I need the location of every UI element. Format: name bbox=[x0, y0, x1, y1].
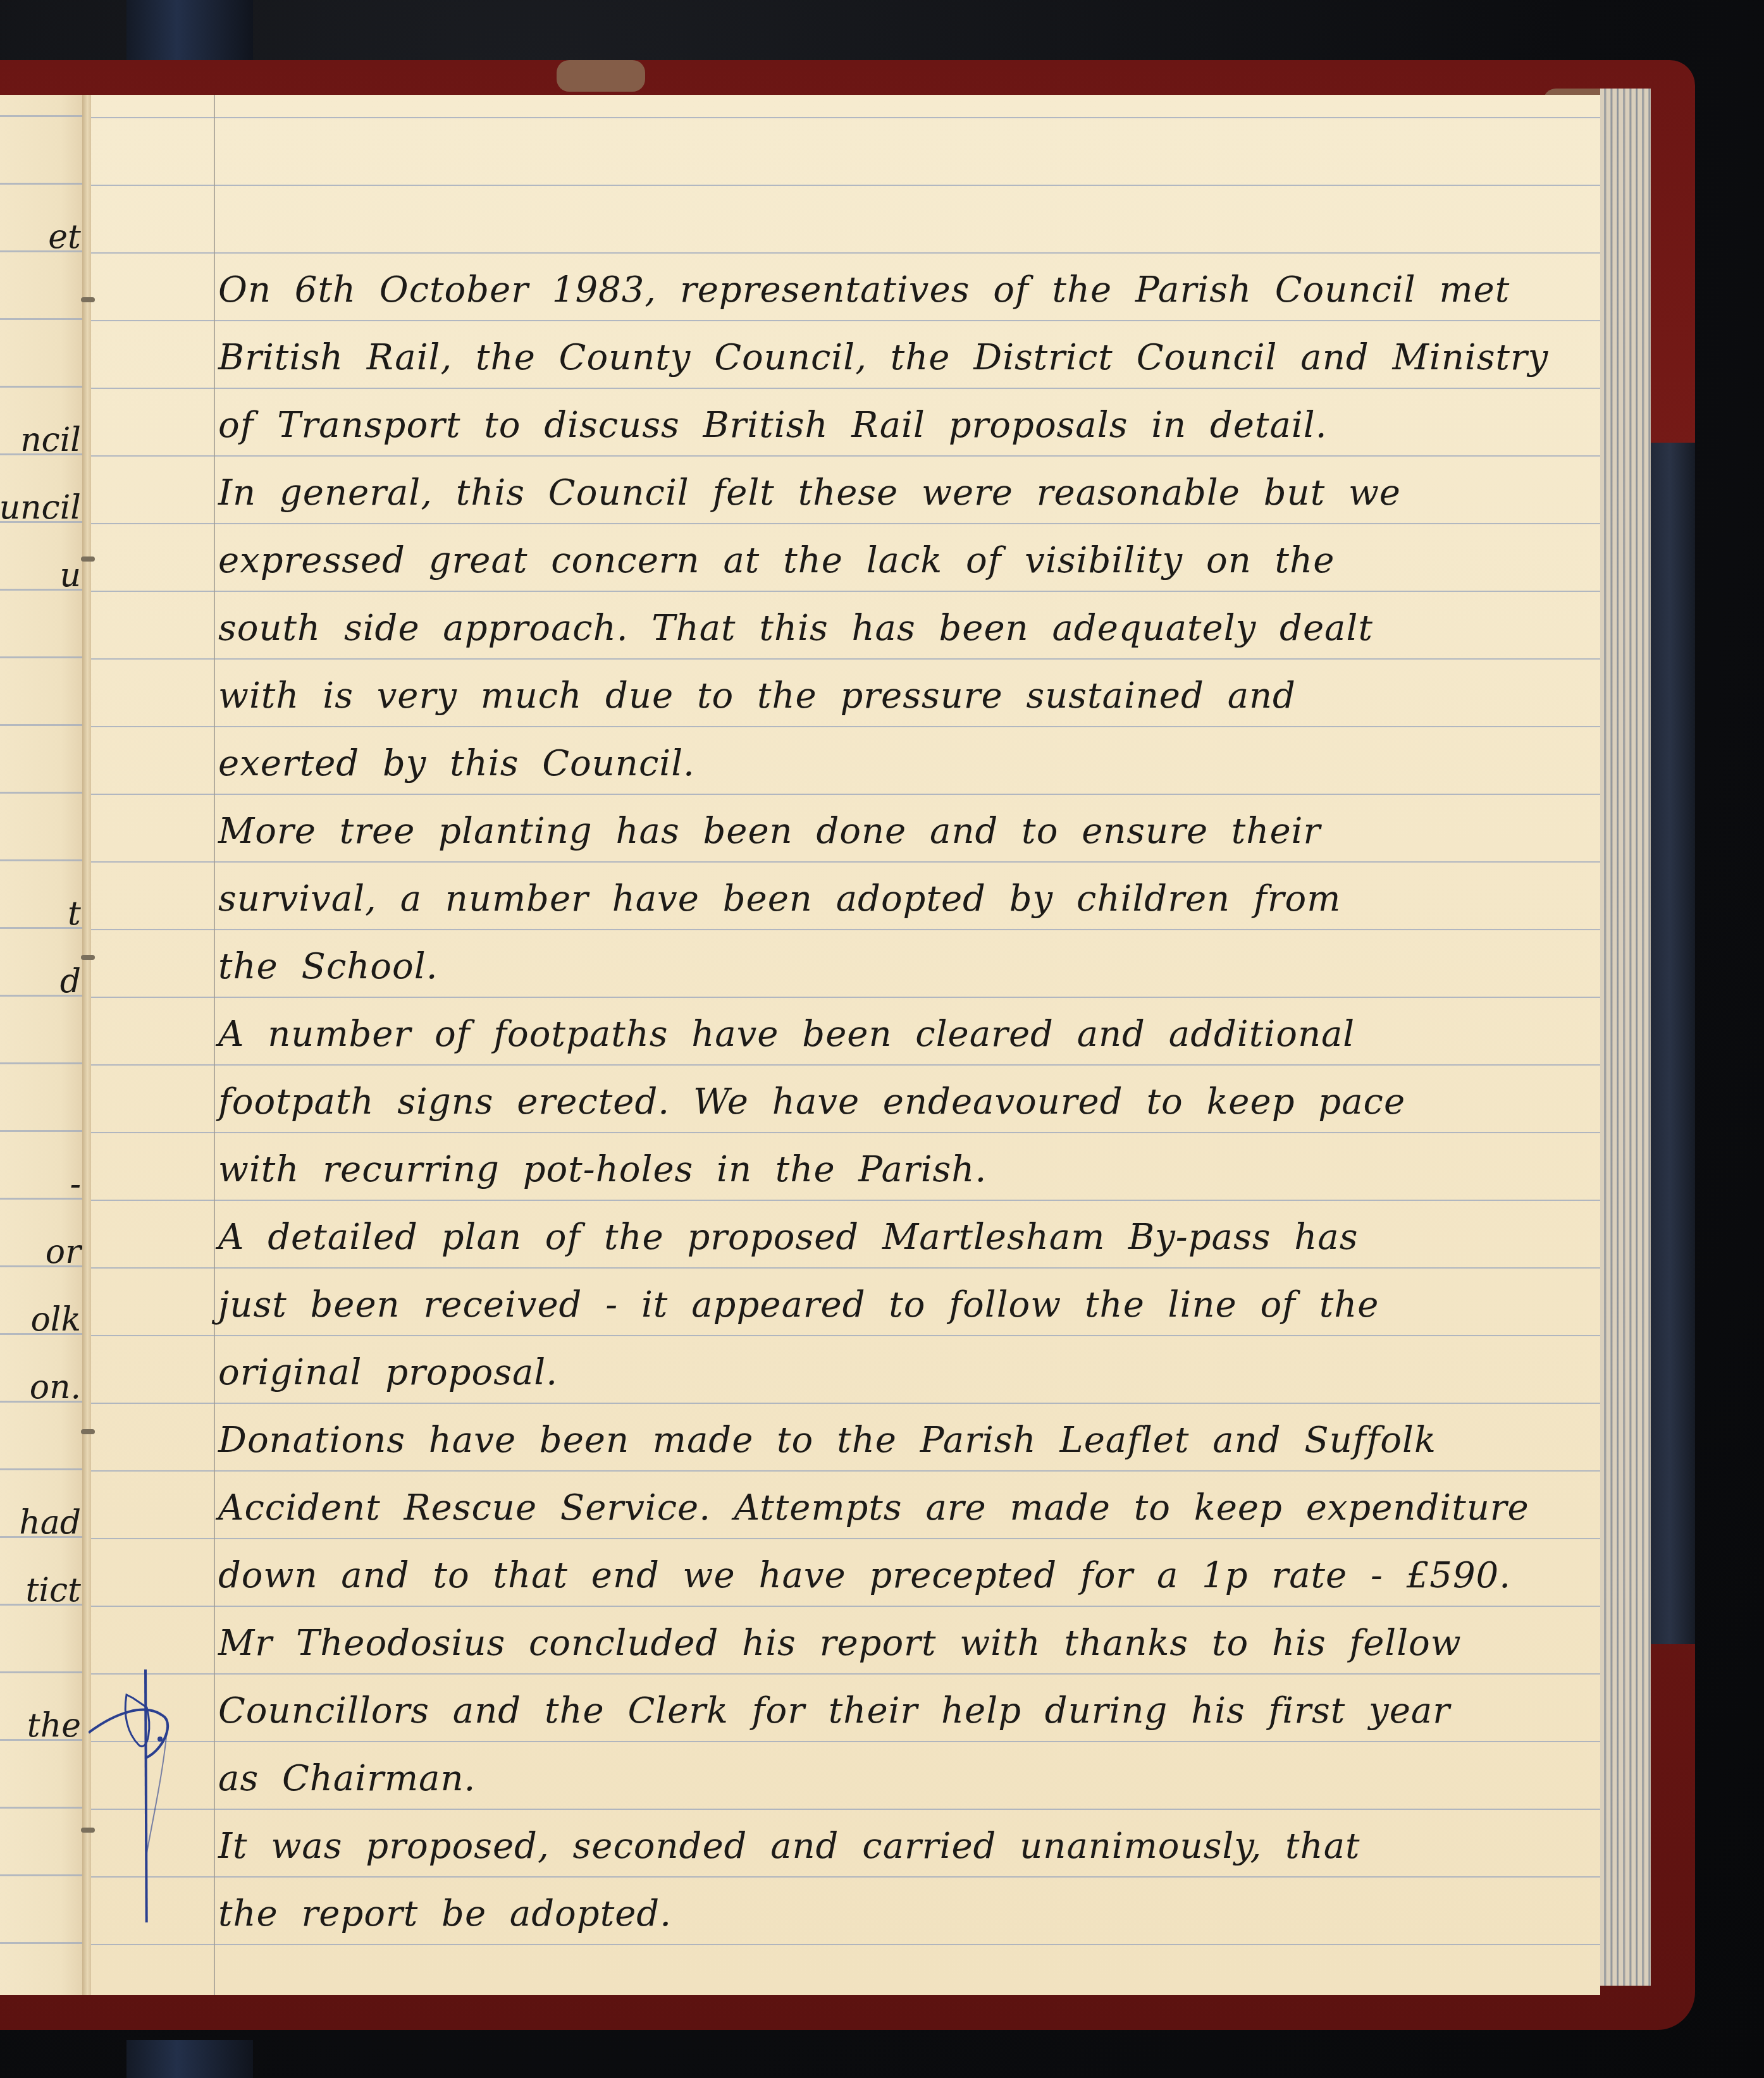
binding-stitch bbox=[81, 556, 95, 562]
handwritten-line: with is very much due to the pressure su… bbox=[218, 662, 1584, 730]
handwritten-line: Accident Rescue Service. Attempts are ma… bbox=[218, 1474, 1584, 1542]
handwritten-line: Donations have been made to the Parish L… bbox=[218, 1406, 1584, 1474]
left-page-fragment: t bbox=[68, 895, 81, 933]
handwritten-line: Mr Theodosius concluded his report with … bbox=[218, 1609, 1584, 1677]
binding-stitch bbox=[81, 297, 95, 302]
handwritten-line: of Transport to discuss British Rail pro… bbox=[218, 391, 1584, 459]
left-page-fragment: ncil bbox=[20, 421, 81, 459]
handwritten-line: In general, this Council felt these were… bbox=[218, 459, 1584, 527]
left-page-fragment: on. bbox=[30, 1368, 81, 1406]
left-page-fragment: olk bbox=[31, 1301, 81, 1339]
handwritten-line: More tree planting has been done and to … bbox=[218, 797, 1584, 865]
handwritten-line: exerted by this Council. bbox=[218, 730, 1584, 797]
handwritten-line: just been received - it appeared to foll… bbox=[218, 1271, 1584, 1339]
left-page-fragment: - bbox=[70, 1165, 81, 1203]
binding-stitch bbox=[81, 955, 95, 960]
right-page: On 6th October 1983, representatives of … bbox=[89, 95, 1600, 1995]
page-fore-edge bbox=[1600, 89, 1651, 1986]
left-page-fragment: tict bbox=[25, 1571, 81, 1609]
handwritten-line: down and to that end we have precepted f… bbox=[218, 1542, 1584, 1609]
binding-stitch bbox=[81, 1429, 95, 1434]
handwritten-line: as Chairman. bbox=[218, 1745, 1584, 1812]
handwritten-line: On 6th October 1983, representatives of … bbox=[218, 256, 1584, 324]
binding-cloth-edge bbox=[1644, 443, 1695, 1644]
handwritten-line: British Rail, the County Council, the Di… bbox=[218, 324, 1584, 391]
left-page-fragment: d bbox=[60, 962, 81, 1000]
handwritten-line: original proposal. bbox=[218, 1339, 1584, 1406]
signature-initials-icon bbox=[89, 1669, 177, 1922]
left-page-fragment: et bbox=[48, 218, 81, 256]
handwritten-line: survival, a number have been adopted by … bbox=[218, 865, 1584, 933]
handwritten-line: A number of footpaths have been cleared … bbox=[218, 1000, 1584, 1068]
handwritten-line: the report be adopted. bbox=[218, 1880, 1584, 1948]
left-page: etncilCouncilutd-orolkon.hadtictthe bbox=[0, 95, 87, 1995]
binding-fray bbox=[557, 60, 645, 92]
left-page-fragment: had bbox=[19, 1504, 81, 1542]
handwritten-line: expressed great concern at the lack of v… bbox=[218, 527, 1584, 594]
left-page-fragment: or bbox=[46, 1233, 81, 1271]
handwritten-line: south side approach. That this has been … bbox=[218, 594, 1584, 662]
handwritten-line: with recurring pot-holes in the Parish. bbox=[218, 1136, 1584, 1203]
left-page-fragment: Council bbox=[0, 489, 81, 527]
left-page-fragment: u bbox=[60, 556, 82, 594]
handwritten-line: footpath signs erected. We have endeavou… bbox=[218, 1068, 1584, 1136]
minutes-entry: On 6th October 1983, representatives of … bbox=[218, 256, 1584, 1948]
handwritten-line: A detailed plan of the proposed Martlesh… bbox=[218, 1203, 1584, 1271]
left-page-fragment: the bbox=[27, 1707, 81, 1745]
handwritten-line: the School. bbox=[218, 933, 1584, 1000]
handwritten-line: It was proposed, seconded and carried un… bbox=[218, 1812, 1584, 1880]
margin-rule bbox=[214, 95, 215, 1995]
book-spine-bottom bbox=[126, 2040, 253, 2078]
handwritten-line: Councillors and the Clerk for their help… bbox=[218, 1677, 1584, 1745]
